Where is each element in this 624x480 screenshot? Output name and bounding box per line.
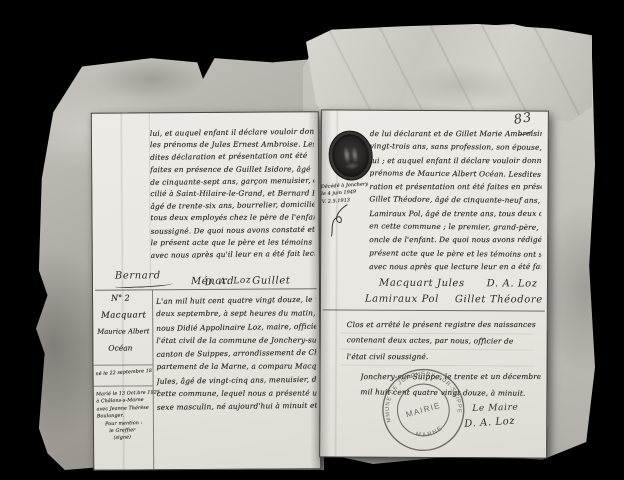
closing-divider-rule (323, 309, 545, 311)
handwritten-line: avec nous après qu'il leur en a été fait… (151, 248, 315, 262)
handwritten-line: tous deux employés chez le père de l'enf… (150, 212, 314, 225)
handwritten-line: vingt-trois ans, sans profession, son ép… (370, 140, 542, 155)
fiscal-stamp-icon (326, 128, 376, 183)
archival-scan-canvas: lui, et auquel enfant il déclare vouloir… (0, 0, 624, 480)
handwritten-line: partement de la Marne, a comparu Macquar… (157, 360, 317, 374)
act-divider-rule (95, 288, 317, 291)
handwritten-line: de lui déclarant et de Gillet Marie Ambr… (370, 127, 542, 140)
act-2-signatures-row-1: Macquart Jules D. A. Loz (379, 278, 538, 290)
handwritten-line: Lamiraux Pol, âgé de trente ans, tous de… (369, 207, 541, 220)
handwritten-line: prénoms de Maurice Albert Océan. Lesdite… (370, 166, 542, 181)
margin-name-surname: Macquart (101, 310, 146, 320)
handwritten-line: présent acte que le père et les témoins … (369, 246, 541, 261)
handwritten-line: deux septembre, à sept heures du matin, … (156, 307, 316, 321)
handwritten-line: dites déclaration et présentation ont ét… (150, 150, 314, 164)
witness-signature: Lamiraux Pol (365, 294, 439, 305)
handwritten-line: nous Didié Appolinaire Loz, maire, offic… (156, 319, 316, 334)
witness-signature: Guillet (252, 275, 290, 286)
closing-statement-block: Clos et arrêté le présent registre des n… (347, 317, 539, 366)
margin-name-third: Océan (108, 344, 132, 353)
handwritten-line: oncle de l'enfant. De quoi nous avons ré… (369, 233, 541, 246)
margin-rule (152, 289, 154, 469)
handwritten-line: Clos et arrêté le présent registre des n… (347, 317, 539, 333)
svg-text:MARNE: MARNE (414, 424, 446, 442)
handwritten-line: sexe masculin, né aujourd'hui à minuit e… (157, 399, 317, 414)
closing-title: Le Maire (472, 403, 518, 414)
margin-divider-rule (94, 364, 153, 365)
handwritten-line: lui ; et auquel enfant il déclare vouloi… (370, 154, 542, 167)
father-signature: Macquart Jules (379, 278, 465, 289)
witness-signature: Gillet Théodore (455, 294, 543, 305)
stamp-ring-bottom-text: MARNE (414, 424, 446, 442)
handwritten-line: soussigné. De quoi nous avons constaté e… (151, 223, 315, 237)
witness-signature: Bernard (115, 270, 161, 281)
register-page-left: lui, et auquel enfant il déclare vouloir… (91, 111, 321, 471)
margin-divider-rule (94, 385, 153, 386)
handwritten-line: faites en présence de Guillet Isidore, â… (150, 163, 314, 176)
handwritten-line: avec nous après que lecture leur en a ét… (369, 260, 541, 273)
margin-marriage-note: Marié le 13 Oct.bre 1925 à Châlons-s-Mar… (96, 390, 153, 444)
margin-name-given: Maurice Albert (97, 327, 149, 335)
act-1-text-block: lui, et auquel enfant il déclare vouloir… (150, 126, 315, 261)
act-number: N° 2 (111, 294, 130, 303)
register-page-right: 83 Décédé à Jonchery le 4 juin 1949 V. 2… (319, 109, 549, 458)
act-2-margin: N° 2 Macquart Maurice Albert Océan né le… (92, 112, 318, 114)
act-2-continuation-block: de lui déclarant et de Gillet Marie Ambr… (369, 127, 542, 274)
handwritten-line: Gillet Théodore, âgé de cinquante-neuf a… (369, 193, 541, 208)
signature-flourish (115, 281, 173, 288)
act-2-text-block: L'an mil huit cent quatre vingt douze, l… (156, 293, 317, 414)
handwritten-line: en cette commune ; le premier, grand-pèr… (369, 219, 541, 234)
margin-note-line: (signé) (98, 434, 153, 443)
stamp-center-text: MAIRIE (405, 401, 442, 419)
handwritten-line: contenant deux actes, par nous, officier… (347, 332, 539, 350)
paraph-flourish (327, 202, 353, 238)
officer-signature: D. A. Loz (487, 278, 538, 289)
act-2-signatures-row-2: Lamiraux Pol Gillet Théodore (365, 294, 543, 306)
